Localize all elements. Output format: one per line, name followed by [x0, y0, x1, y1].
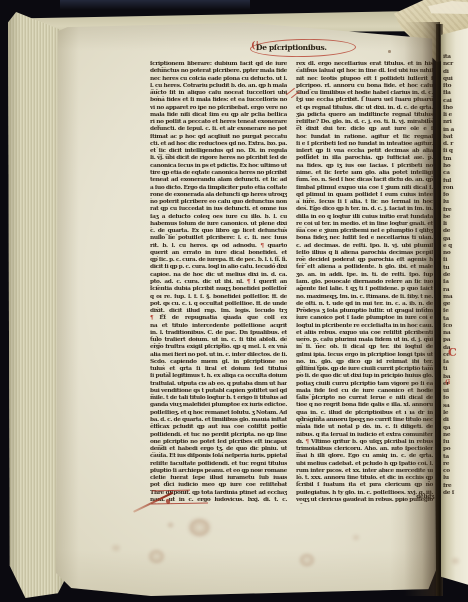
catchword: deliqʒ	[400, 494, 434, 500]
facing-page-text-fragments: itancrdiquiſtoflacaiſholi ēnriin abatd. …	[443, 54, 465, 497]
running-title: (| De pſcriptionibus.	[250, 39, 356, 57]
stain	[351, 533, 361, 542]
text-column-left: ſcriptionem liberare: dubium facit qd de…	[150, 61, 287, 504]
red-lombard-initial: C	[448, 346, 457, 359]
text-column-right: rex dl. ergo neceſſarius erat titulus. e…	[296, 61, 433, 504]
ink-speck	[388, 50, 391, 53]
red-rubric-fragment: (ī	[445, 379, 450, 386]
stain	[110, 543, 122, 553]
running-title-text: De pſcriptionibus.	[256, 42, 352, 53]
stain	[186, 516, 213, 539]
background-light-sheen	[60, 0, 250, 10]
stain	[166, 521, 175, 529]
stain	[147, 548, 166, 565]
stain	[450, 556, 461, 566]
book-photograph: (| De pſcriptionibus. ſcriptionem libera…	[0, 0, 468, 602]
stain	[298, 552, 316, 568]
